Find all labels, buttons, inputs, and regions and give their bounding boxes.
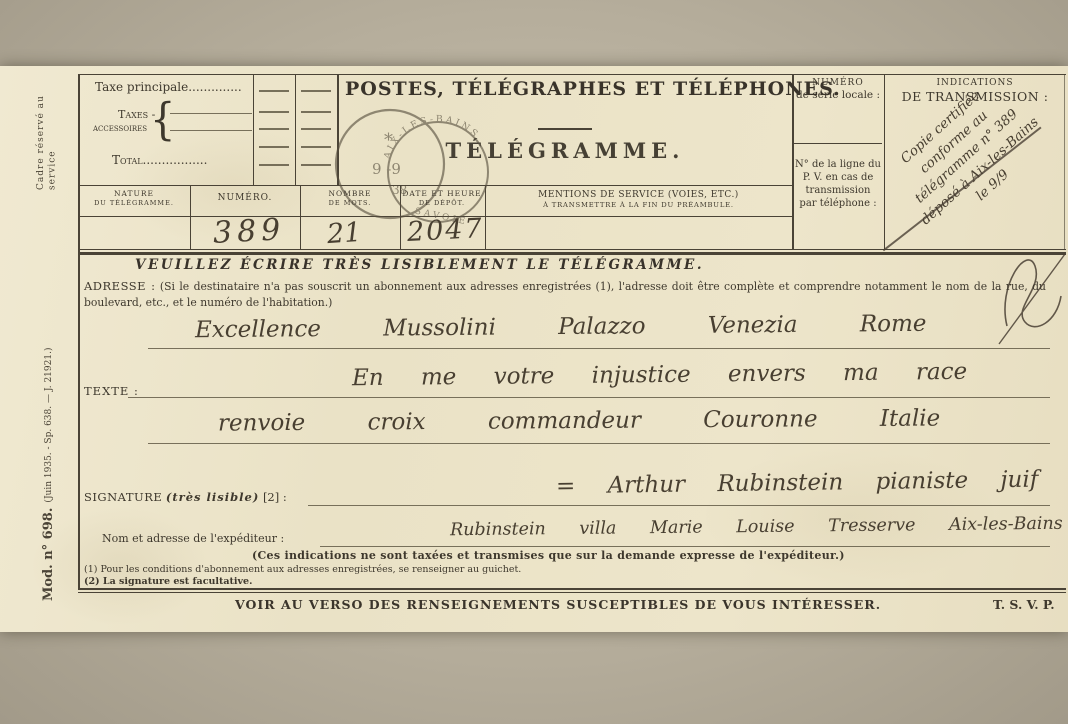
amount-dash bbox=[301, 164, 331, 166]
amount-dash bbox=[301, 90, 331, 92]
fee-col-divider bbox=[295, 74, 296, 185]
texte-writing-line1 bbox=[128, 397, 1050, 398]
amount-dash bbox=[301, 111, 331, 113]
main-box-bottom-border bbox=[78, 592, 1066, 593]
taxe-principale-label: Taxe principale.............. bbox=[95, 80, 242, 94]
mots-label-line1: NOMBRE bbox=[302, 189, 398, 199]
mentions-column-label: MENTIONS DE SERVICE (VOIES, ETC.) À TRAN… bbox=[487, 189, 790, 210]
postmark-star: * bbox=[384, 130, 393, 151]
fee-col-divider bbox=[253, 74, 254, 185]
amount-dash bbox=[259, 111, 289, 113]
signature-label-word: SIGNATURE bbox=[84, 490, 162, 504]
texte-line1-value: En me votre injustice envers ma race bbox=[352, 359, 967, 391]
adresse-label: ADRESSE : bbox=[84, 279, 156, 293]
signature-writing-line bbox=[308, 505, 1050, 506]
header-label-underline bbox=[794, 143, 882, 144]
mod-number: Mod. n° 698. bbox=[41, 508, 56, 601]
expediteur-writing-line bbox=[320, 546, 1050, 547]
nature-column-label: NATURE DU TÉLÉGRAMME. bbox=[80, 189, 188, 207]
mots-value: 21 bbox=[326, 217, 362, 250]
taxes-blank-line bbox=[170, 113, 252, 114]
numero-value: 389 bbox=[212, 212, 286, 251]
amount-dash bbox=[259, 164, 289, 166]
screenshot-canvas: Cadre réservé au service Mod. n° 698. (J… bbox=[0, 0, 1068, 724]
expediteur-note: (Ces indications ne sont taxées et trans… bbox=[252, 549, 845, 562]
texte-line2-value: renvoie croix commandeur Couronne Italie bbox=[218, 405, 940, 436]
lisiblement-notice: VEUILLEZ ÉCRIRE TRÈS LISIBLEMENT LE TÉLÉ… bbox=[135, 257, 704, 273]
postmark-date: 9 -9 bbox=[372, 160, 401, 178]
adresse-writing-line bbox=[148, 348, 1050, 349]
adresse-instructions: (Si le destinataire n'a pas souscrit un … bbox=[84, 280, 1046, 309]
mots-column-label: NOMBRE DE MOTS. bbox=[302, 189, 398, 207]
heure-column-label: DATE ET HEURE DE DÉPÔT. bbox=[400, 189, 484, 207]
mod-number-info: (Juin 1935. - Sp. 638. — J. 21921.) bbox=[44, 348, 54, 503]
heure-label-line2: DE DÉPÔT. bbox=[400, 199, 484, 207]
cadre-reserve-label: Cadre réservé au service bbox=[36, 78, 59, 190]
header-col-divider bbox=[300, 186, 301, 249]
pv-label-line1: N° de la ligne du bbox=[792, 158, 884, 171]
texte-label: TEXTE : bbox=[84, 384, 139, 398]
total-label: Total................. bbox=[112, 153, 207, 167]
form-left-border bbox=[78, 74, 80, 588]
expediteur-label: Nom et adresse de l'expéditeur : bbox=[102, 532, 284, 545]
accessoires-label: accessoires bbox=[93, 123, 147, 134]
tsvp-label: T. S. V. P. bbox=[993, 597, 1055, 612]
serial-label-line2: de série locale : bbox=[792, 89, 884, 101]
telegram-paper: Cadre réservé au service Mod. n° 698. (J… bbox=[0, 66, 1068, 632]
nature-label-line1: NATURE bbox=[80, 189, 188, 199]
adresse-instructions-block: ADRESSE : (Si le destinataire n'a pas so… bbox=[84, 278, 1046, 310]
taxes-blank-line bbox=[170, 130, 252, 131]
serial-label-line1: NUMÉRO bbox=[792, 78, 884, 88]
main-box-bottom-border-thick bbox=[78, 588, 1066, 590]
postmark-town: AIX-LES-BAINS bbox=[381, 114, 481, 162]
footnote-2: (2) La signature est facultative. bbox=[84, 576, 252, 587]
signature-label-lisible: (très lisible) bbox=[166, 490, 259, 504]
nature-label-line2: DU TÉLÉGRAMME. bbox=[80, 199, 188, 207]
expediteur-value: Rubinstein villa Marie Louise Tresserve … bbox=[450, 514, 1063, 540]
svg-text:AIX-LES-BAINS: AIX-LES-BAINS bbox=[381, 114, 481, 162]
amount-dash bbox=[259, 128, 289, 130]
footnote-1: (1) Pour les conditions d'abonnement aux… bbox=[84, 564, 521, 575]
title-divider bbox=[538, 128, 592, 130]
heure-label-line1: DATE ET HEURE bbox=[400, 189, 484, 199]
verso-notice: VOIR AU VERSO DES RENSEIGNEMENTS SUSCEPT… bbox=[235, 597, 881, 612]
mentions-label-line1: MENTIONS DE SERVICE (VOIES, ETC.) bbox=[487, 189, 790, 201]
taxes-brace: { bbox=[150, 95, 175, 146]
form-top-border bbox=[78, 74, 1066, 75]
amount-dash bbox=[259, 90, 289, 92]
cadre-reserve-line1: Cadre réservé bbox=[36, 112, 46, 190]
mots-label-line2: DE MOTS. bbox=[302, 199, 398, 207]
mod-number-label: Mod. n° 698. (Juin 1935. - Sp. 638. — J.… bbox=[40, 281, 58, 601]
amount-dash bbox=[301, 146, 331, 148]
signature-label: SIGNATURE (très lisible) [2] : bbox=[84, 490, 287, 504]
heure-value: 2047 bbox=[406, 213, 484, 248]
adresse-value: Excellence Mussolini Palazzo Venezia Rom… bbox=[195, 311, 927, 343]
amount-dash bbox=[259, 146, 289, 148]
texte-writing-line2 bbox=[148, 443, 1050, 444]
amount-dash bbox=[301, 128, 331, 130]
signature-value: = Arthur Rubinstein pianiste juif bbox=[556, 467, 1039, 500]
mentions-label-line2: À TRANSMETTRE À LA FIN DU PRÉAMBULE. bbox=[487, 201, 790, 210]
numero-column-label: NUMÉRO. bbox=[192, 193, 298, 203]
header-col-divider bbox=[190, 186, 191, 249]
signature-label-note-ref: [2] : bbox=[263, 490, 287, 504]
